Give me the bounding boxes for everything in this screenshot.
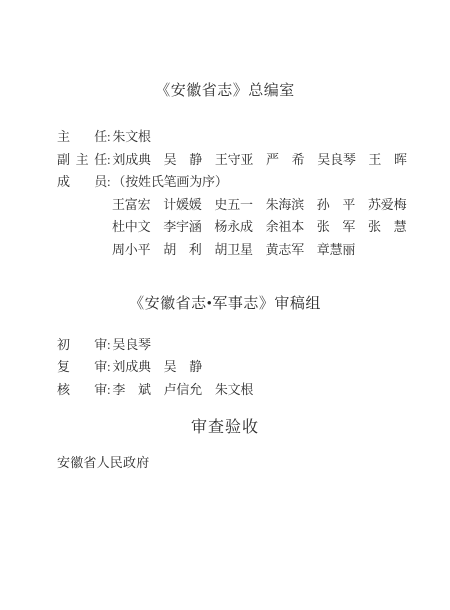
role-row-final-review: 核审:李 斌 卢信允 朱文根 [57,379,422,402]
role-row-director: 主任:朱文根 [57,126,422,149]
colon-separator: : [107,126,110,149]
colon-separator: : [107,379,110,402]
role-names-final-review: 李 斌 卢信允 朱文根 [112,382,253,397]
role-label-second-review: 复审 [57,356,107,379]
section1-member-list: 王富宏 计媛媛 史五一 朱海滨 孙 平 苏爱梅 杜中文 李宇涵 杨永成 余祖本 … [57,194,422,262]
role-label-deputy-directors: 副主任 [57,149,107,172]
member-row-2: 杜中文 李宇涵 杨永成 余祖本 张 军 张 慧 [57,216,422,239]
role-row-members-note: 成员:（按姓氏笔画为序） [57,171,422,194]
role-names-deputy-directors: 刘成典 吴 静 王守亚 严 希 吴良琴 王 晖 [112,152,406,167]
section2-roles: 初审:吴良琴 复审:刘成典 吴 静 核审:李 斌 卢信允 朱文根 [57,334,422,402]
member-row-3: 周小平 胡 利 胡卫星 黄志军 章慧丽 [57,239,422,262]
role-row-first-review: 初审:吴良琴 [57,334,422,357]
role-label-director: 主任 [57,126,107,149]
book-page: 《安徽省志》总编室 主任:朱文根 副主任:刘成典 吴 静 王守亚 严 希 吴良琴… [0,0,450,610]
role-names-second-review: 刘成典 吴 静 [112,359,202,374]
role-names-director: 朱文根 [112,129,150,144]
colon-separator: : [107,171,110,194]
role-row-deputy-directors: 副主任:刘成典 吴 静 王守亚 严 希 吴良琴 王 晖 [57,149,422,172]
colon-separator: : [107,149,110,172]
role-row-second-review: 复审:刘成典 吴 静 [57,356,422,379]
acceptance-authority: 安徽省人民政府 [57,456,450,469]
colon-separator: : [107,334,110,357]
section2-title: 《安徽省志•军事志》审稿组 [0,297,450,312]
role-label-first-review: 初审 [57,334,107,357]
role-label-final-review: 核审 [57,379,107,402]
section1-title: 《安徽省志》总编室 [0,0,450,99]
member-row-1: 王富宏 计媛媛 史五一 朱海滨 孙 平 苏爱梅 [57,194,422,217]
role-names-first-review: 吴良琴 [112,337,150,352]
colon-separator: : [107,356,110,379]
section3-title: 审查验收 [0,420,450,436]
section1-roles: 主任:朱文根 副主任:刘成典 吴 静 王守亚 严 希 吴良琴 王 晖 成员:（按… [57,126,422,194]
members-ordering-note: （按姓氏笔画为序） [112,174,227,189]
role-label-members: 成员 [57,171,107,194]
